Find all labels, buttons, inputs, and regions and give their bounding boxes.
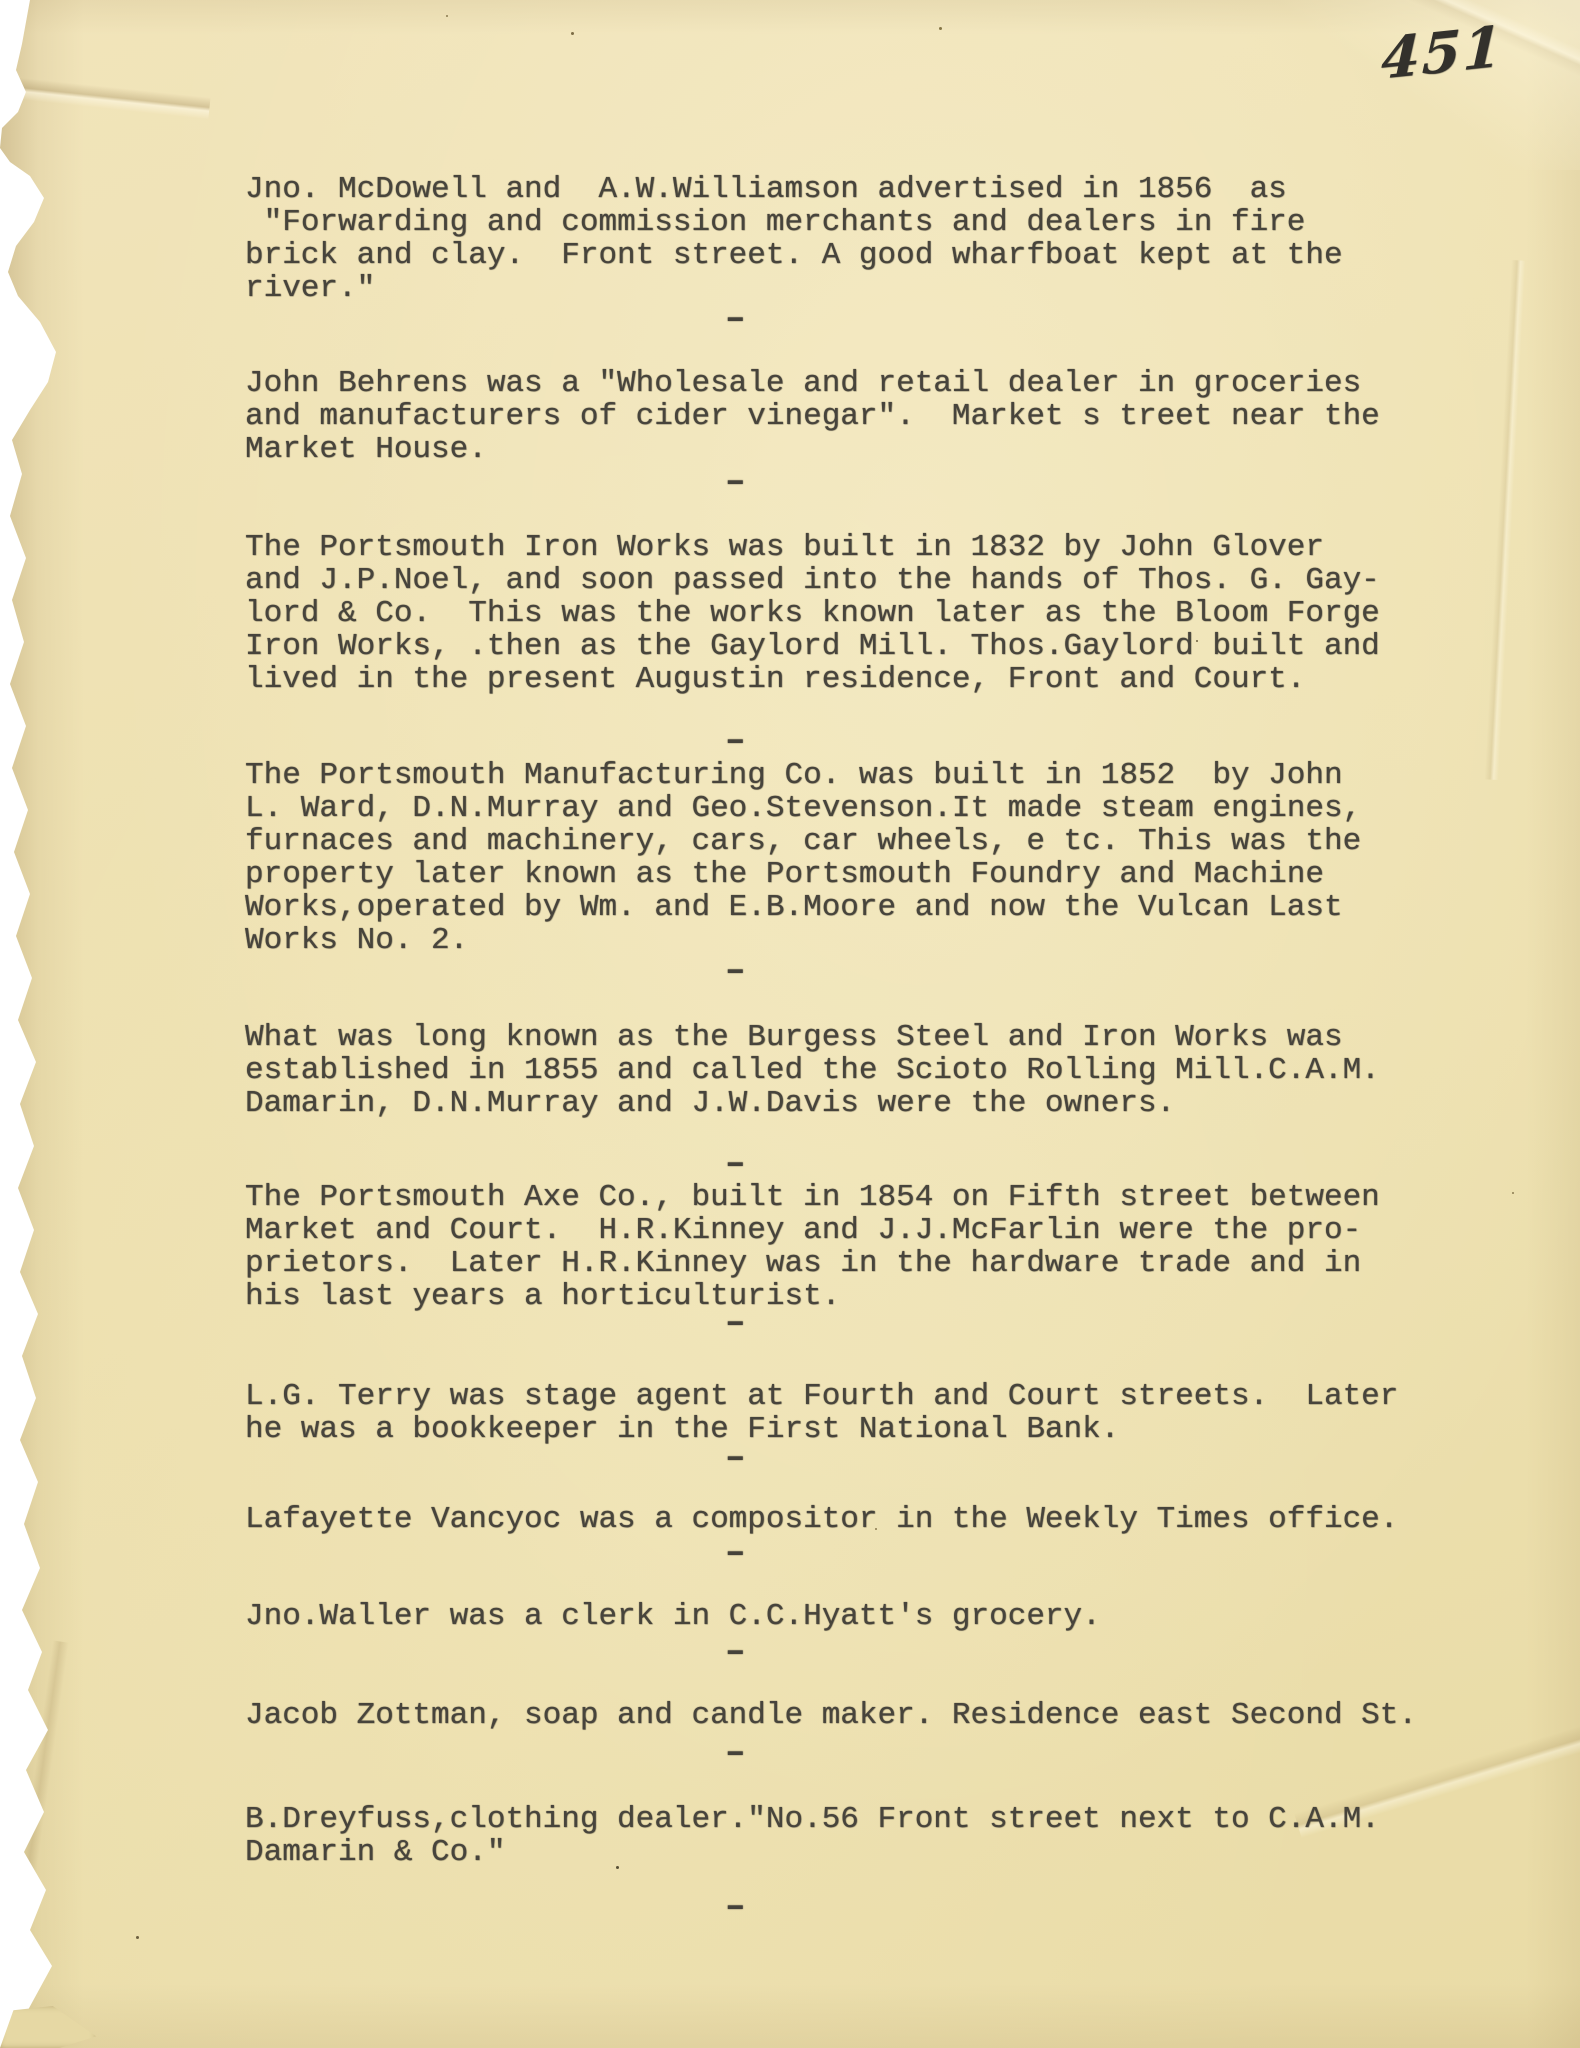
typed-paragraph-iron-works: The Portsmouth Iron Works was built in 1…	[245, 531, 1485, 696]
typed-paragraph-terry: L.G. Terry was stage agent at Fourth and…	[245, 1380, 1485, 1446]
typed-paragraph-manufacturing: The Portsmouth Manufacturing Co. was bui…	[245, 759, 1485, 957]
typed-paragraph-axe-co: The Portsmouth Axe Co., built in 1854 on…	[245, 1181, 1485, 1313]
separator-dash: -	[719, 466, 751, 499]
typed-paragraph-dreyfuss: B.Dreyfuss,clothing dealer."No.56 Front …	[245, 1803, 1485, 1869]
typed-paragraph-zottman: Jacob Zottman, soap and candle maker. Re…	[245, 1699, 1485, 1732]
page-number-handwritten: 451	[1380, 13, 1505, 92]
separator-dash: -	[719, 1537, 751, 1570]
typed-paragraph-behrens: John Behrens was a "Wholesale and retail…	[245, 367, 1485, 466]
typed-paragraph-waller: Jno.Waller was a clerk in C.C.Hyatt's gr…	[245, 1600, 1485, 1633]
typed-paragraph-burgess: What was long known as the Burgess Steel…	[245, 1021, 1485, 1120]
separator-dash: -	[719, 1636, 751, 1669]
separator-dash: -	[719, 1148, 751, 1181]
edge-shading	[0, 1984, 1580, 2048]
separator-dash: -	[719, 1442, 751, 1475]
separator-dash: -	[719, 1891, 751, 1924]
separator-dash: -	[719, 1307, 751, 1340]
separator-dash: -	[719, 1737, 751, 1770]
separator-dash: -	[719, 725, 751, 758]
paper-speck	[136, 1936, 139, 1939]
typed-paragraph-vancyoc: Lafayette Vancyoc was a compositor in th…	[245, 1503, 1485, 1536]
typed-paragraph-mcdowell: Jno. McDowell and A.W.Williamson adverti…	[245, 173, 1485, 305]
paper-sheet: 451 Jno. McDowell and A.W.Williamson adv…	[0, 0, 1580, 2048]
paper-crease	[1484, 260, 1525, 780]
separator-dash: -	[719, 955, 751, 988]
separator-dash: -	[719, 303, 751, 336]
paper-speck	[1512, 1192, 1514, 1194]
torn-edge-shading	[0, 0, 84, 2048]
edge-shading	[1526, 0, 1580, 2048]
scanned-document-page: 451 Jno. McDowell and A.W.Williamson adv…	[0, 0, 1580, 2048]
